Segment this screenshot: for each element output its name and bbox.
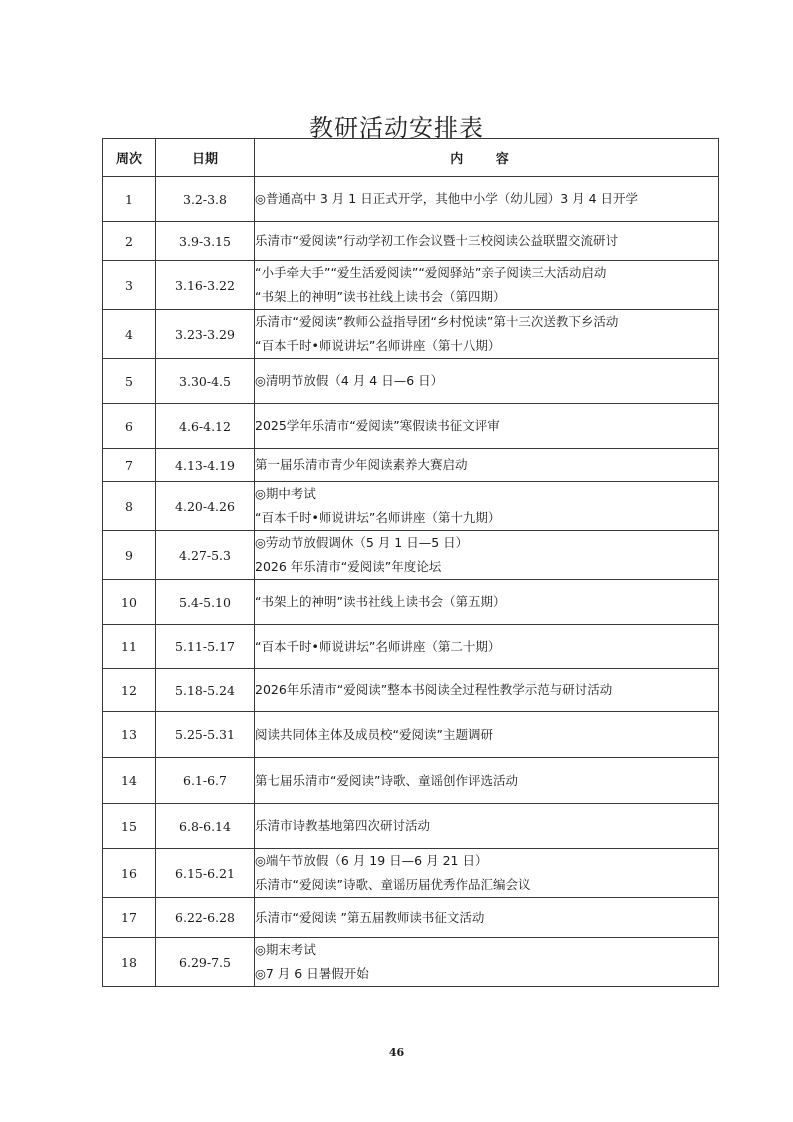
content-line: “百本千时•师说讲坛”名师讲座（第十八期） [255,334,718,358]
date-cell: 4.20-4.26 [156,482,255,531]
date-cell: 3.23-3.29 [156,310,255,359]
content-line: 乐清市“爱阅读”教师公益指导团“乡村悦读”第十三次送教下乡活动 [255,310,718,334]
content-line: 乐清市诗教基地第四次研讨活动 [255,814,718,838]
date-cell: 6.22-6.28 [156,898,255,938]
date-cell: 5.4-5.10 [156,580,255,625]
date-cell: 3.9-3.15 [156,222,255,261]
content-cell: “百本千时•师说讲坛”名师讲座（第二十期） [255,625,719,669]
content-cell: 乐清市“爱阅读”行动学初工作会议暨十三校阅读公益联盟交流研讨 [255,222,719,261]
week-cell: 1 [103,177,156,222]
content-line: 2026 年乐清市“爱阅读”年度论坛 [255,555,718,579]
content-line: ◎普通高中 3 月 1 日正式开学，其他中小学（幼儿园）3 月 4 日开学 [255,187,718,211]
week-cell: 12 [103,669,156,712]
content-cell: ◎劳动节放假调休（5 月 1 日—5 日）2026 年乐清市“爱阅读”年度论坛 [255,531,719,580]
table-row: 176.22-6.28乐清市“爱阅读 ”第五届教师读书征文活动 [103,898,719,938]
content-line: 乐清市“爱阅读”诗歌、童谣历届优秀作品汇编会议 [255,873,718,897]
date-cell: 4.13-4.19 [156,449,255,482]
date-cell: 4.6-4.12 [156,404,255,449]
content-cell: 阅读共同体主体及成员校“爱阅读”主题调研 [255,712,719,758]
content-cell: 2025学年乐清市“爱阅读”寒假读书征文评审 [255,404,719,449]
date-cell: 5.25-5.31 [156,712,255,758]
content-cell: ◎普通高中 3 月 1 日正式开学，其他中小学（幼儿园）3 月 4 日开学 [255,177,719,222]
content-line: “书架上的神明”读书社线上读书会（第四期） [255,285,718,309]
table-row: 135.25-5.31阅读共同体主体及成员校“爱阅读”主题调研 [103,712,719,758]
week-cell: 5 [103,359,156,404]
content-line: 第一届乐清市青少年阅读素养大赛启动 [255,453,718,477]
table-row: 105.4-5.10“书架上的神明”读书社线上读书会（第五期） [103,580,719,625]
week-cell: 6 [103,404,156,449]
column-header-date: 日期 [156,139,255,177]
date-cell: 6.1-6.7 [156,758,255,804]
content-cell: 乐清市“爱阅读”教师公益指导团“乡村悦读”第十三次送教下乡活动“百本千时•师说讲… [255,310,719,359]
content-cell: 2026年乐清市“爱阅读”整本书阅读全过程性教学示范与研讨活动 [255,669,719,712]
page-number: 46 [0,1046,793,1059]
content-line: “百本千时•师说讲坛”名师讲座（第二十期） [255,635,718,659]
content-line: ◎劳动节放假调休（5 月 1 日—5 日） [255,531,718,555]
date-cell: 5.18-5.24 [156,669,255,712]
content-cell: ◎清明节放假（4 月 4 日—6 日） [255,359,719,404]
content-line: “小手牵大手”“爱生活爱阅读”“爱阅驿站”亲子阅读三大活动启动 [255,261,718,285]
week-cell: 13 [103,712,156,758]
column-header-content: 内 容 [255,139,719,177]
table-row: 156.8-6.14乐清市诗教基地第四次研讨活动 [103,804,719,849]
content-line: 第七届乐清市“爱阅读”诗歌、童谣创作评选活动 [255,769,718,793]
content-line: ◎7 月 6 日暑假开始 [255,962,718,986]
week-cell: 8 [103,482,156,531]
week-cell: 16 [103,849,156,898]
content-line: 2025学年乐清市“爱阅读”寒假读书征文评审 [255,414,718,438]
date-cell: 6.8-6.14 [156,804,255,849]
column-header-week: 周次 [103,139,156,177]
content-line: ◎期中考试 [255,482,718,506]
table-row: 53.30-4.5◎清明节放假（4 月 4 日—6 日） [103,359,719,404]
week-cell: 2 [103,222,156,261]
date-cell: 6.29-7.5 [156,938,255,987]
content-cell: 第七届乐清市“爱阅读”诗歌、童谣创作评选活动 [255,758,719,804]
content-cell: 第一届乐清市青少年阅读素养大赛启动 [255,449,719,482]
table-row: 74.13-4.19第一届乐清市青少年阅读素养大赛启动 [103,449,719,482]
date-cell: 3.16-3.22 [156,261,255,310]
content-line: 2026年乐清市“爱阅读”整本书阅读全过程性教学示范与研讨活动 [255,678,718,702]
table-row: 64.6-4.122025学年乐清市“爱阅读”寒假读书征文评审 [103,404,719,449]
table-row: 23.9-3.15乐清市“爱阅读”行动学初工作会议暨十三校阅读公益联盟交流研讨 [103,222,719,261]
week-cell: 18 [103,938,156,987]
table-row: 166.15-6.21◎端午节放假（6 月 19 日—6 月 21 日）乐清市“… [103,849,719,898]
table-row: 146.1-6.7第七届乐清市“爱阅读”诗歌、童谣创作评选活动 [103,758,719,804]
week-cell: 3 [103,261,156,310]
content-line: ◎期末考试 [255,938,718,962]
schedule-body: 13.2-3.8◎普通高中 3 月 1 日正式开学，其他中小学（幼儿园）3 月 … [103,177,719,987]
column-header-content-label: 内 容 [450,152,523,167]
week-cell: 11 [103,625,156,669]
table-row: 84.20-4.26◎期中考试“百本千时•师说讲坛”名师讲座（第十九期） [103,482,719,531]
week-cell: 9 [103,531,156,580]
table-row: 33.16-3.22“小手牵大手”“爱生活爱阅读”“爱阅驿站”亲子阅读三大活动启… [103,261,719,310]
content-line: ◎清明节放假（4 月 4 日—6 日） [255,369,718,393]
date-cell: 5.11-5.17 [156,625,255,669]
content-cell: 乐清市诗教基地第四次研讨活动 [255,804,719,849]
content-line: ◎端午节放假（6 月 19 日—6 月 21 日） [255,849,718,873]
date-cell: 3.2-3.8 [156,177,255,222]
content-line: 乐清市“爱阅读 ”第五届教师读书征文活动 [255,906,718,930]
week-cell: 4 [103,310,156,359]
content-cell: ◎期中考试“百本千时•师说讲坛”名师讲座（第十九期） [255,482,719,531]
date-cell: 6.15-6.21 [156,849,255,898]
week-cell: 15 [103,804,156,849]
schedule-table: 周次 日期 内 容 13.2-3.8◎普通高中 3 月 1 日正式开学，其他中小… [102,138,719,987]
content-line: “百本千时•师说讲坛”名师讲座（第十九期） [255,506,718,530]
table-row: 43.23-3.29乐清市“爱阅读”教师公益指导团“乡村悦读”第十三次送教下乡活… [103,310,719,359]
table-row: 94.27-5.3◎劳动节放假调休（5 月 1 日—5 日）2026 年乐清市“… [103,531,719,580]
content-line: 乐清市“爱阅读”行动学初工作会议暨十三校阅读公益联盟交流研讨 [255,229,718,253]
week-cell: 10 [103,580,156,625]
content-cell: 乐清市“爱阅读 ”第五届教师读书征文活动 [255,898,719,938]
table-row: 186.29-7.5◎期末考试◎7 月 6 日暑假开始 [103,938,719,987]
table-row: 115.11-5.17“百本千时•师说讲坛”名师讲座（第二十期） [103,625,719,669]
content-cell: ◎端午节放假（6 月 19 日—6 月 21 日）乐清市“爱阅读”诗歌、童谣历届… [255,849,719,898]
content-cell: “书架上的神明”读书社线上读书会（第五期） [255,580,719,625]
content-cell: “小手牵大手”“爱生活爱阅读”“爱阅驿站”亲子阅读三大活动启动“书架上的神明”读… [255,261,719,310]
date-cell: 4.27-5.3 [156,531,255,580]
table-header-row: 周次 日期 内 容 [103,139,719,177]
table-row: 125.18-5.242026年乐清市“爱阅读”整本书阅读全过程性教学示范与研讨… [103,669,719,712]
content-cell: ◎期末考试◎7 月 6 日暑假开始 [255,938,719,987]
week-cell: 14 [103,758,156,804]
date-cell: 3.30-4.5 [156,359,255,404]
week-cell: 7 [103,449,156,482]
table-row: 13.2-3.8◎普通高中 3 月 1 日正式开学，其他中小学（幼儿园）3 月 … [103,177,719,222]
content-line: 阅读共同体主体及成员校“爱阅读”主题调研 [255,723,718,747]
content-line: “书架上的神明”读书社线上读书会（第五期） [255,590,718,614]
week-cell: 17 [103,898,156,938]
